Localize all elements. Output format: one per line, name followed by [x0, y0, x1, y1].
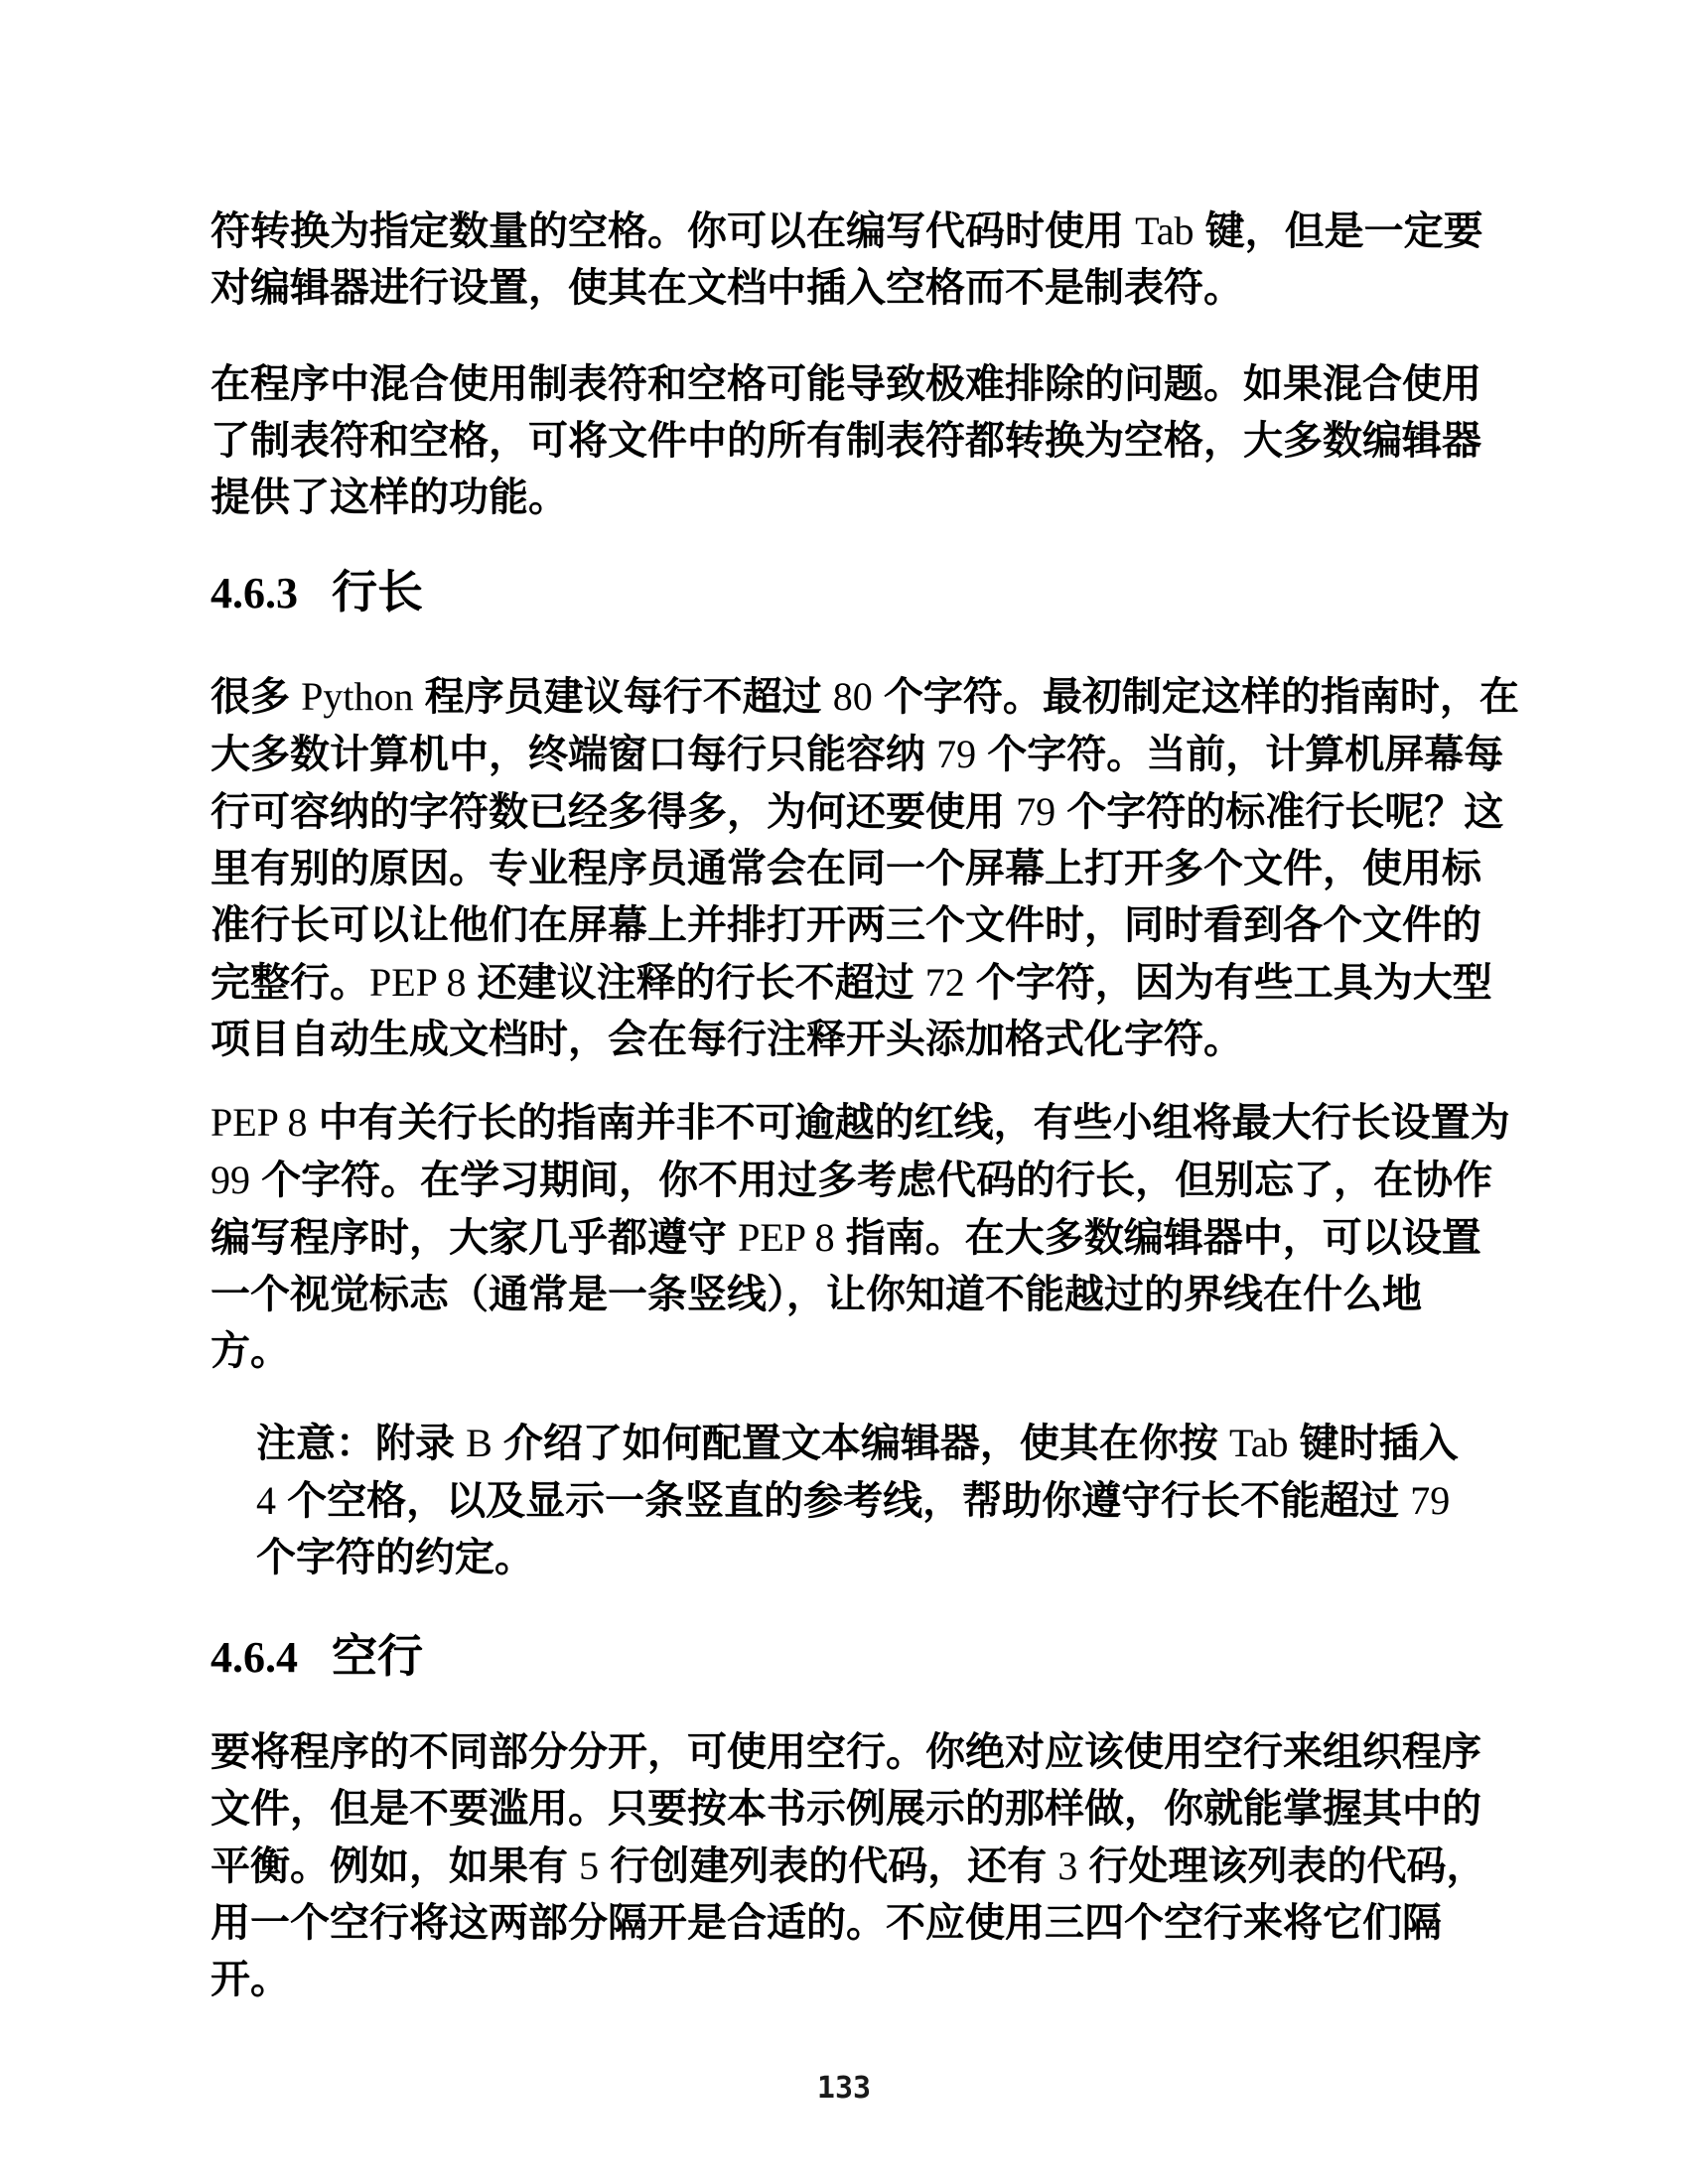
latin-text: PEP 8 — [369, 960, 466, 1005]
text-line: 完整行。PEP 8 还建议注释的行长不超过 72 个字符，因为有些工具为大型 — [211, 954, 1501, 1012]
latin-text: 80 — [833, 674, 873, 719]
section-title: 行长 — [332, 566, 423, 617]
text-line: 一个视觉标志（通常是一条竖线），让你知道不能越过的界线在什么地 — [211, 1267, 1501, 1323]
text-line: 对编辑器进行设置，使其在文档中插入空格而不是制表符。 — [211, 260, 1501, 317]
section-title: 空行 — [332, 1630, 423, 1682]
text-line: 个字符的约定。 — [256, 1530, 1501, 1586]
text-line: 编写程序时，大家几乎都遵守 PEP 8 指南。在大多数编辑器中，可以设置 — [211, 1209, 1501, 1267]
text-line: PEP 8 中有关行长的指南并非不可逾越的红线，有些小组将最大行长设置为 — [211, 1094, 1501, 1152]
text-line: 方。 — [211, 1323, 1501, 1380]
text-line: 要将程序的不同部分分开，可使用空行。你绝对应该使用空行来组织程序 — [211, 1724, 1501, 1781]
latin-text: 72 — [925, 960, 965, 1005]
note-block: 注意：附录 B 介绍了如何配置文本编辑器，使其在你按 Tab 键时插入4 个空格… — [256, 1415, 1501, 1586]
text-line: 大多数计算机中，终端窗口每行只能容纳 79 个字符。当前，计算机屏幕每 — [211, 726, 1501, 783]
latin-text: 79 — [1410, 1478, 1450, 1523]
latin-text: 5 — [579, 1843, 599, 1888]
text-line: 行可容纳的字符数已经多得多，为何还要使用 79 个字符的标准行长呢？这 — [211, 783, 1501, 841]
text-line: 用一个空行将这两部分隔开是合适的。不应使用三四个空行来将它们隔 — [211, 1895, 1501, 1952]
section-heading-4-6-3: 4.6.3行长 — [211, 562, 1501, 624]
paragraph-tabs-continued: 符转换为指定数量的空格。你可以在编写代码时使用 Tab 键，但是一定要对编辑器进… — [211, 203, 1501, 317]
section-number: 4.6.4 — [211, 1633, 298, 1682]
section-number: 4.6.3 — [211, 569, 298, 617]
page-content: 符转换为指定数量的空格。你可以在编写代码时使用 Tab 键，但是一定要对编辑器进… — [211, 203, 1501, 2008]
page-number: 133 — [0, 2071, 1688, 2106]
latin-text: 79 — [936, 732, 976, 776]
latin-text: PEP 8 — [738, 1215, 834, 1260]
text-line: 符转换为指定数量的空格。你可以在编写代码时使用 Tab 键，但是一定要 — [211, 203, 1501, 260]
text-line: 提供了这样的功能。 — [211, 470, 1501, 526]
note-label: 注意： — [256, 1422, 375, 1465]
latin-text: B — [466, 1421, 492, 1465]
latin-text: 99 — [211, 1158, 250, 1202]
latin-text: Tab — [1135, 208, 1194, 253]
latin-text: Python — [301, 674, 413, 719]
text-line: 4 个空格，以及显示一条竖直的参考线，帮助你遵守行长不能超过 79 — [256, 1472, 1501, 1530]
latin-text: 4 — [256, 1478, 276, 1523]
paragraph-mixing-tabs-spaces: 在程序中混合使用制表符和空格可能导致极难排除的问题。如果混合使用了制表符和空格，… — [211, 356, 1501, 526]
latin-text: 3 — [1057, 1843, 1077, 1888]
text-line: 项目自动生成文档时，会在每行注释开头添加格式化字符。 — [211, 1012, 1501, 1068]
text-line: 99 个字符。在学习期间，你不用过多考虑代码的行长，但别忘了，在协作 — [211, 1152, 1501, 1209]
text-line: 很多 Python 程序员建议每行不超过 80 个字符。最初制定这样的指南时，在 — [211, 668, 1501, 726]
text-line: 注意：附录 B 介绍了如何配置文本编辑器，使其在你按 Tab 键时插入 — [256, 1415, 1501, 1472]
text-line: 里有别的原因。专业程序员通常会在同一个屏幕上打开多个文件，使用标 — [211, 841, 1501, 897]
latin-text: Tab — [1229, 1421, 1288, 1465]
text-line: 准行长可以让他们在屏幕上并排打开两三个文件时，同时看到各个文件的 — [211, 897, 1501, 954]
paragraph-blank-lines: 要将程序的不同部分分开，可使用空行。你绝对应该使用空行来组织程序文件，但是不要滥… — [211, 1724, 1501, 2008]
section-heading-4-6-4: 4.6.4空行 — [211, 1626, 1501, 1689]
text-line: 开。 — [211, 1952, 1501, 2008]
latin-text: PEP 8 — [211, 1100, 307, 1145]
paragraph-line-length-1: 很多 Python 程序员建议每行不超过 80 个字符。最初制定这样的指南时，在… — [211, 668, 1501, 1068]
paragraph-line-length-2: PEP 8 中有关行长的指南并非不可逾越的红线，有些小组将最大行长设置为99 个… — [211, 1094, 1501, 1380]
text-line: 平衡。例如，如果有 5 行创建列表的代码，还有 3 行处理该列表的代码， — [211, 1838, 1501, 1895]
text-line: 在程序中混合使用制表符和空格可能导致极难排除的问题。如果混合使用 — [211, 356, 1501, 413]
book-page: 符转换为指定数量的空格。你可以在编写代码时使用 Tab 键，但是一定要对编辑器进… — [0, 0, 1688, 2184]
text-line: 文件，但是不要滥用。只要按本书示例展示的那样做，你就能掌握其中的 — [211, 1781, 1501, 1838]
latin-text: 79 — [1016, 789, 1055, 834]
text-line: 了制表符和空格，可将文件中的所有制表符都转换为空格，大多数编辑器 — [211, 413, 1501, 470]
